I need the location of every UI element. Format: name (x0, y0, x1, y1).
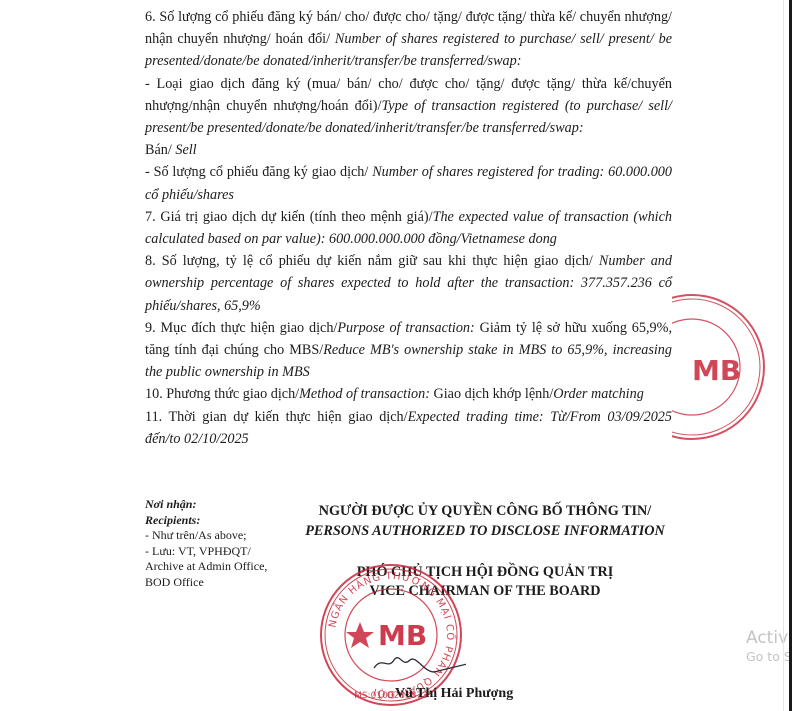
item-10-value-vi: Giao dịch khớp lệnh/ (430, 386, 553, 402)
authorized-person-vi: NGƯỜI ĐƯỢC ỦY QUYỀN CÔNG BỐ THÔNG TIN/ (280, 501, 690, 521)
watermark-line-1: Activate Windows (746, 628, 792, 648)
item-6-shares-for-trading: - Số lượng cổ phiếu đăng ký giao dịch/ N… (145, 161, 672, 205)
activate-windows-watermark: Activate Windows Go to Settings to activ… (746, 628, 792, 666)
item-7-expected-value: 7. Giá trị giao dịch dự kiến (tính theo … (145, 206, 672, 250)
stamp-edge-icon: MB (672, 292, 772, 442)
item-9-purpose: 9. Mục đích thực hiện giao dịch/Purpose … (145, 317, 672, 384)
recipients-heading-en: Recipients: (145, 513, 295, 529)
shares-trading-vi: - Số lượng cổ phiếu đăng ký giao dịch/ (145, 164, 372, 180)
signer-name: Vũ Thị Hải Phượng (395, 686, 575, 702)
item-10-en: Method of transaction: (299, 386, 430, 402)
recipient-line: BOD Office (145, 575, 295, 591)
item-6-shares-registered: 6. Số lượng cổ phiếu đăng ký bán/ cho/ đ… (145, 6, 672, 73)
item-7-vi: 7. Giá trị giao dịch dự kiến (tính theo … (145, 209, 433, 225)
watermark-line-2: Go to Settings to activate Windows. (746, 648, 792, 666)
authorized-person-en: PERSONS AUTHORIZED TO DISCLOSE INFORMATI… (280, 521, 690, 541)
item-9-en: Purpose of transaction: (337, 320, 474, 336)
item-9-vi: 9. Mục đích thực hiện giao dịch/ (145, 320, 337, 336)
document-page: 6. Số lượng cổ phiếu đăng ký bán/ cho/ đ… (0, 0, 792, 711)
item-11-trading-time: 11. Thời gian dự kiến thực hiện giao dịc… (145, 406, 672, 450)
item-11-vi: 11. Thời gian dự kiến thực hiện giao dịc… (145, 409, 408, 425)
disclosure-body: 6. Số lượng cổ phiếu đăng ký bán/ cho/ đ… (145, 6, 672, 450)
page-edge-divider (783, 0, 784, 711)
star-logo-icon (346, 622, 374, 648)
recipient-line: Archive at Admin Office, (145, 559, 295, 575)
svg-text:MB: MB (378, 619, 427, 652)
svg-text:MB: MB (692, 354, 741, 387)
transaction-type-value-vi: Bán/ (145, 142, 175, 158)
item-8-expected-holding: 8. Số lượng, tỷ lệ cổ phiếu dự kiến nắm … (145, 250, 672, 317)
item-10-value-en: Order matching (553, 386, 644, 402)
recipient-line: - Lưu: VT, VPHĐQT/ (145, 544, 295, 560)
item-6-transaction-type: - Loại giao dịch đăng ký (mua/ bán/ cho/… (145, 73, 672, 162)
item-10-method: 10. Phương thức giao dịch/Method of tran… (145, 383, 672, 405)
transaction-type-value-en: Sell (175, 142, 196, 158)
recipient-line: - Như trên/As above; (145, 528, 295, 544)
recipients-block: Nơi nhận: Recipients: - Như trên/As abov… (145, 497, 295, 590)
recipients-heading-vi: Nơi nhận: (145, 497, 295, 513)
partial-stamp: MB (672, 292, 772, 442)
item-8-vi: 8. Số lượng, tỷ lệ cổ phiếu dự kiến nắm … (145, 253, 599, 269)
item-10-vi: 10. Phương thức giao dịch/ (145, 386, 299, 402)
